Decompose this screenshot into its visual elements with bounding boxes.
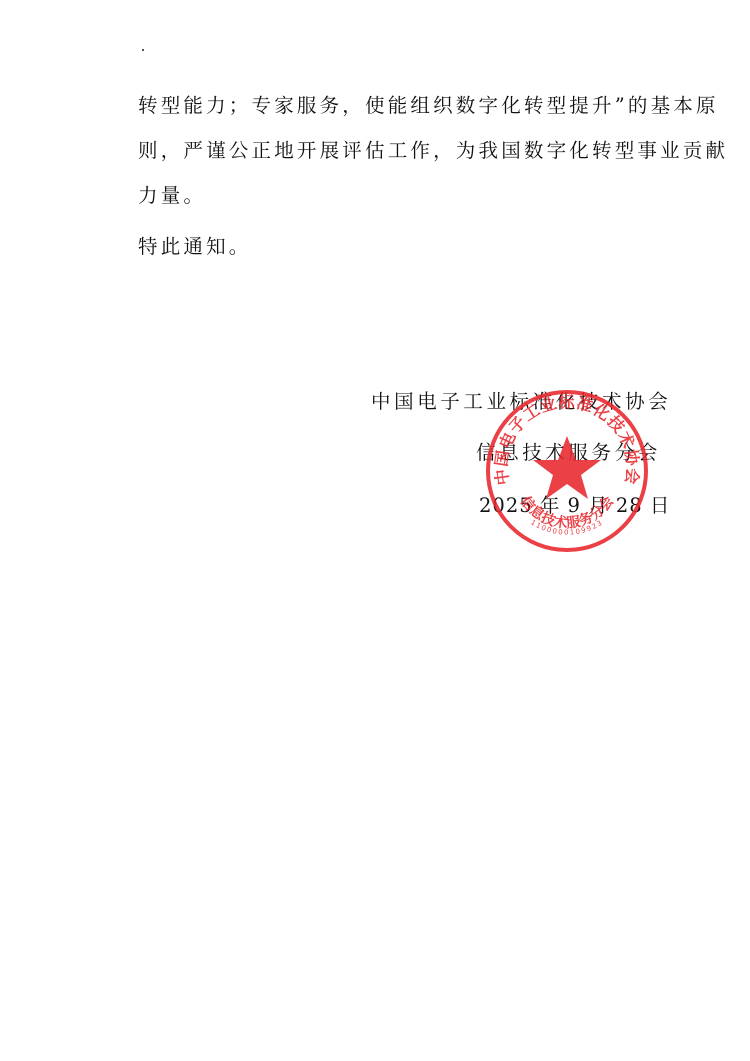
document-page: 转型能力；专家服务，使能组织数字化转型提升”的基本原 则，严谨公正地开展评估工作…: [0, 0, 750, 1061]
body-paragraph: 转型能力；专家服务，使能组织数字化转型提升”的基本原 则，严谨公正地开展评估工作…: [138, 83, 638, 218]
closing-text: 特此通知。: [138, 224, 638, 269]
scan-speck: [142, 49, 144, 51]
body-line-1: 转型能力；专家服务，使能组织数字化转型提升”的基本原: [138, 83, 638, 128]
star-icon: [533, 436, 601, 499]
body-line-2: 则，严谨公正地开展评估工作，为我国数字化转型事业贡献: [138, 128, 638, 173]
official-seal-stamp: 中国电子工业标准化技术协会 信息技术服务分会 1100000109923: [484, 388, 650, 554]
body-line-3: 力量。: [138, 173, 638, 218]
